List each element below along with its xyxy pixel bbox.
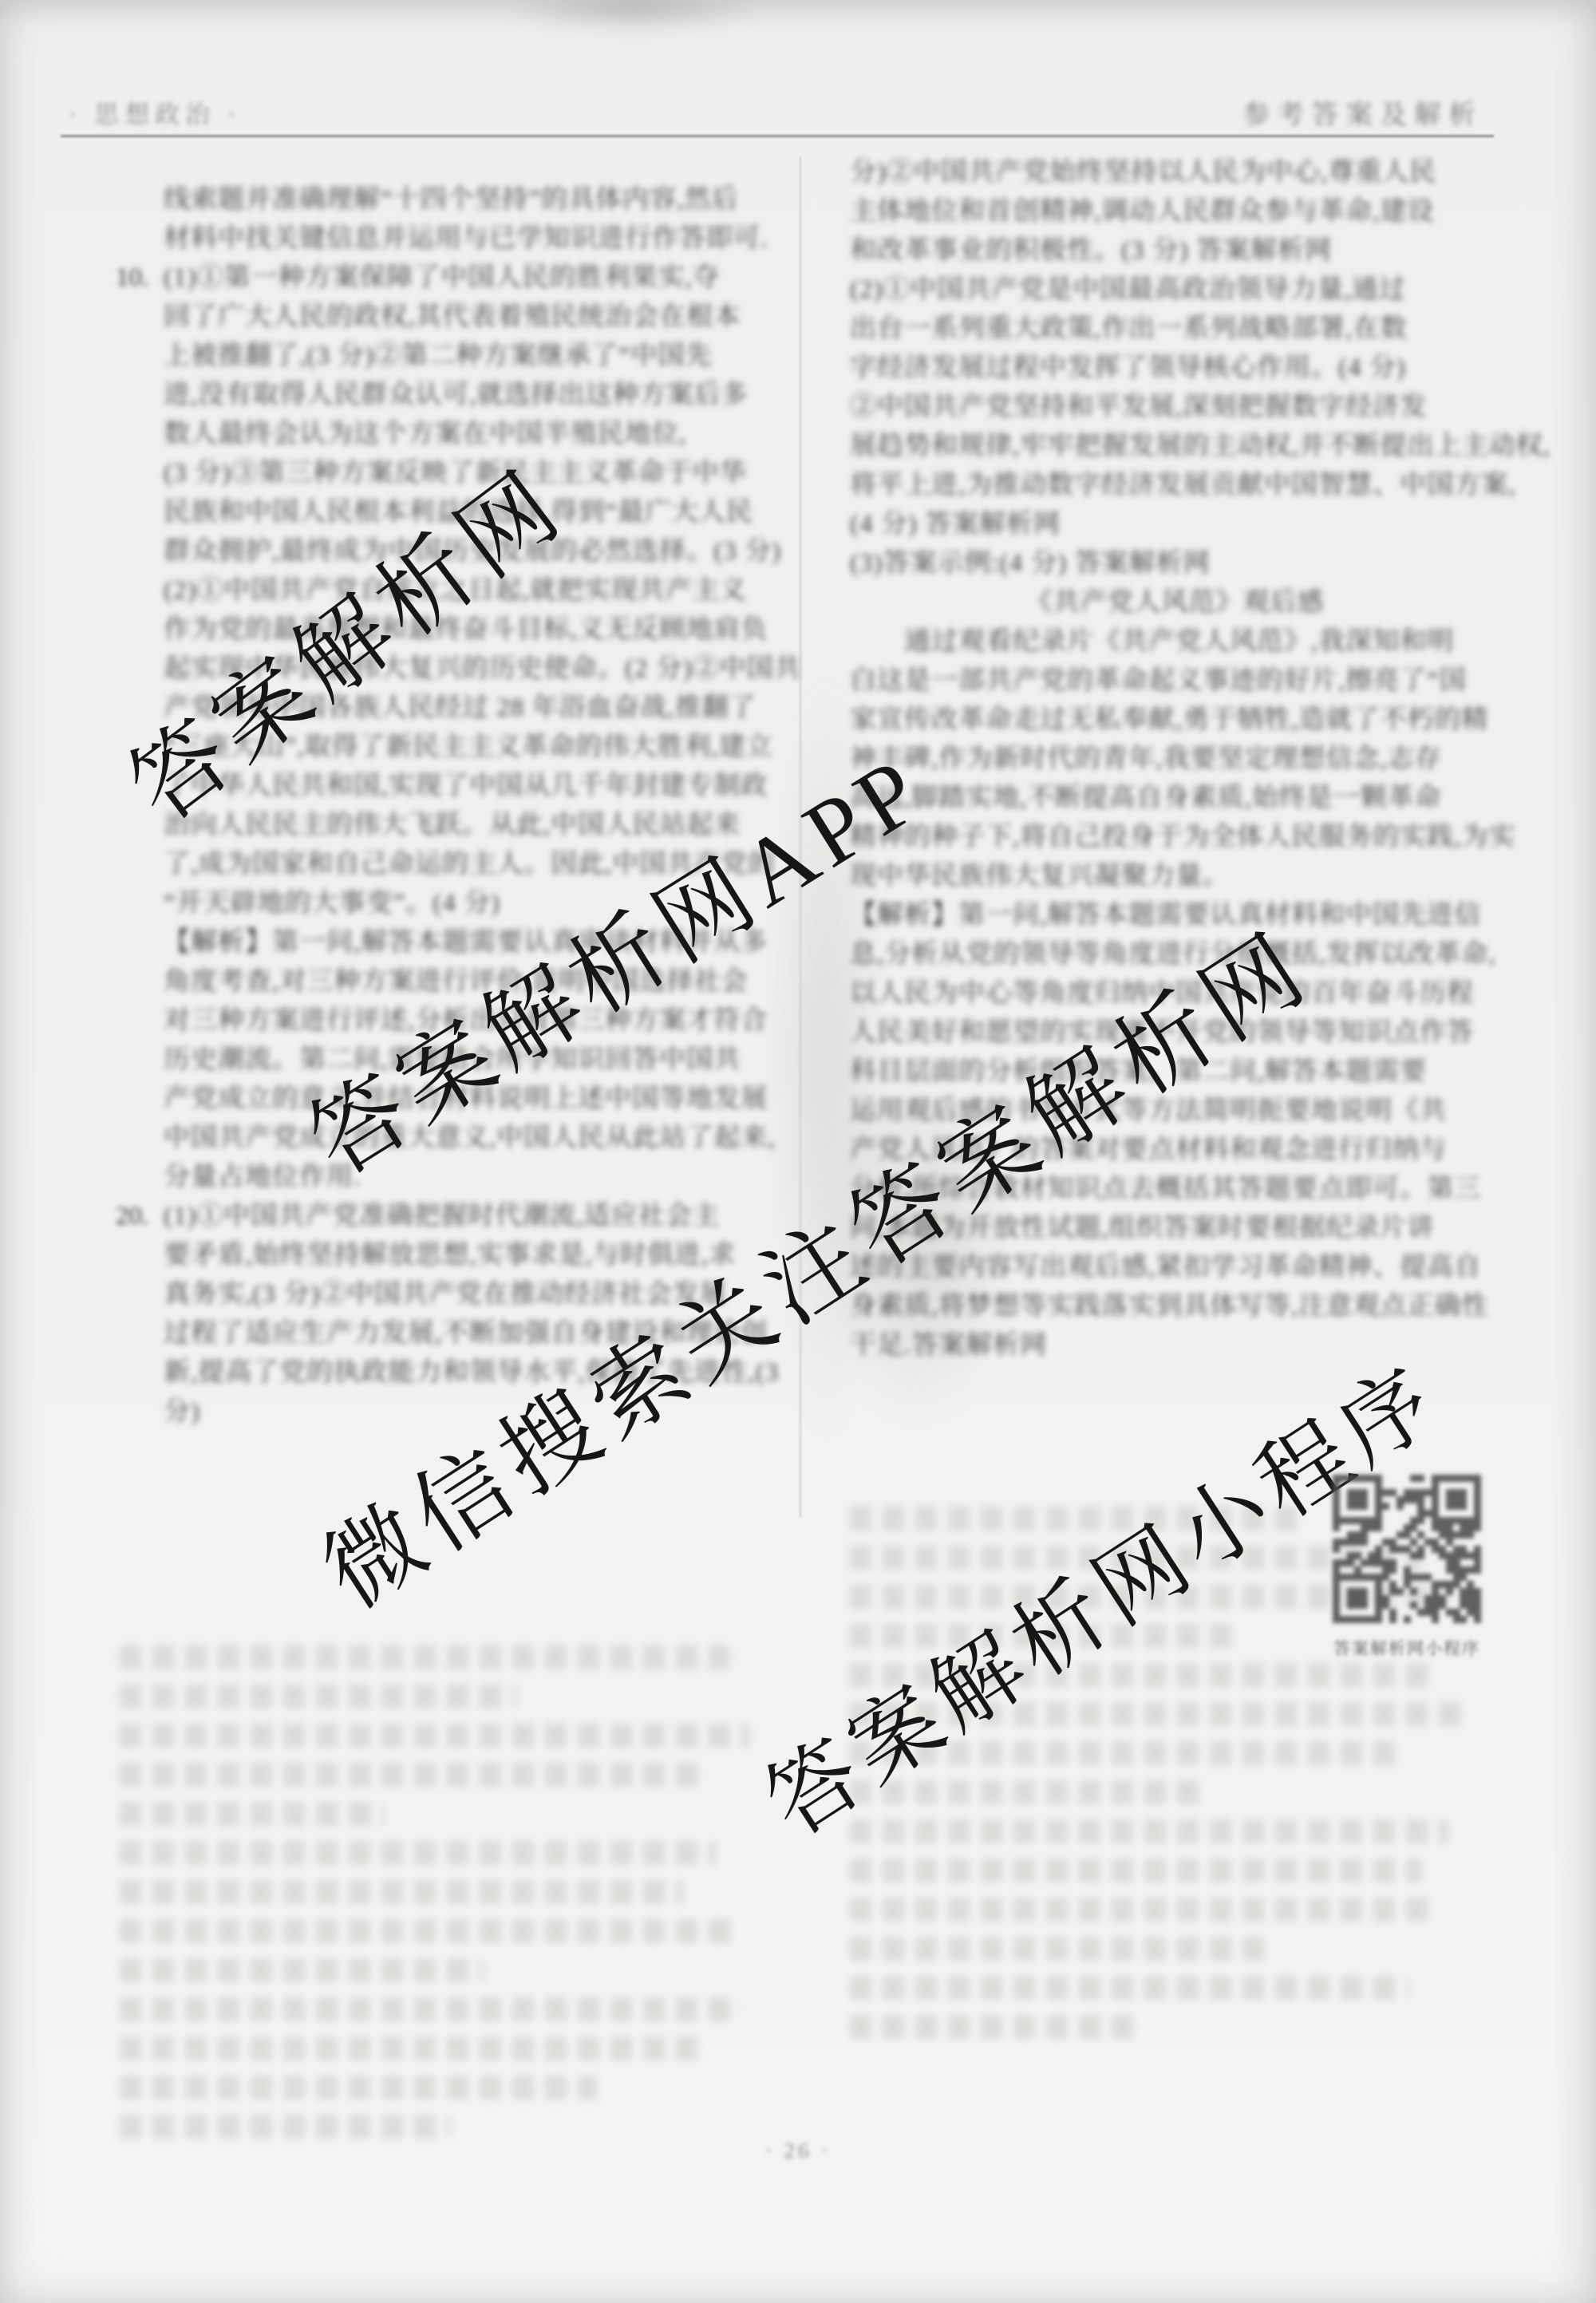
item-number: 10.	[116, 259, 148, 298]
qr-block: 答案解析网小程序	[1333, 1475, 1481, 1676]
text-line: 精神的种子下,将自己投身于为全体人民服务的实践,为实	[850, 818, 1500, 857]
text-line: 上被推翻了,(3 分)②第二种方案继承了“中国先	[164, 337, 778, 376]
ghost-text-line	[850, 1937, 1266, 1961]
ghost-text-line	[120, 1763, 702, 1787]
text-block: 线索题并准确理解“十四个坚持”的具体内容,然后材料中找关键信息并运用与已学知识进…	[164, 180, 778, 259]
ghost-text-line	[850, 2015, 1143, 2039]
scanned-answer-page: · 思想政治 · 参考答案及解析 线索题并准确理解“十四个坚持”的具体内容,然后…	[0, 0, 1596, 2303]
text-block: (2)①中国共产党是中国最高政治领导力量,通过出台一系列重大政策,作出一系列战略…	[850, 271, 1500, 544]
ghost-text-line	[850, 1898, 1436, 1922]
ghost-text-line	[850, 1976, 1409, 2000]
essay-title-line: 《共产党人风范》观后感	[850, 583, 1500, 622]
ghost-text-left	[120, 1645, 782, 2154]
text-line: 数人最终会认为这个方案在中国半殖民地位,	[164, 415, 778, 454]
ghost-text-line	[120, 1802, 385, 1826]
scan-smudge-top	[503, 0, 766, 34]
ghost-text-line	[120, 1958, 484, 1982]
text-line: 分量占地位作用.	[164, 1158, 778, 1197]
text-line: 字经济发展过程中发挥了领导核心作用。(4 分)	[850, 349, 1500, 388]
text-line: 分)②中国共产党始终坚持以人民为中心,尊重人民	[850, 153, 1500, 192]
text-line: 材料中找关键信息并运用与已学知识进行作答即可.	[164, 219, 778, 259]
ghost-text-line	[120, 1724, 749, 1748]
text-line: 通过观看纪录片《共产党人风范》,我深知和明	[850, 622, 1500, 662]
text-line: (4 分) 答案解析网	[850, 505, 1500, 544]
header-title: 参考答案及解析	[1242, 93, 1483, 132]
text-line: 出台一系列重大政策,作出一系列战略部署,在数	[850, 310, 1500, 349]
ghost-text-line	[120, 1645, 729, 1669]
ghost-text-line	[120, 2036, 702, 2060]
text-line: (1)①中国共产党准确把握时代潮流,适应社会主	[164, 1197, 778, 1236]
ghost-text-line	[850, 1819, 1448, 1843]
analysis-label: 【解析】	[850, 901, 958, 930]
text-line: 回了广大人民的政权,其代表着殖民统治会在根本	[164, 298, 778, 337]
text-line: 现中华民族伟大复兴凝聚力量。	[850, 857, 1500, 896]
text-line: 展趋势和规律,牢牢把握发展的主动权,并不断提出上主动权,	[850, 427, 1500, 466]
header-rule	[61, 135, 1494, 137]
ghost-text-line	[120, 1685, 517, 1708]
qr-code	[1333, 1475, 1481, 1631]
text-block: 通过观看纪录片《共产党人风范》,我深知和明白这是一部共产党的革命起义事迹的好片,…	[850, 622, 1500, 896]
text-line: (2)①中国共产党是中国最高政治领导力量,通过	[850, 271, 1500, 310]
text-line: 述的主要内容写出观后感,紧扣学习革命精神、提高自	[850, 1248, 1500, 1287]
ghost-text-line	[120, 2115, 451, 2139]
ghost-text-line	[120, 1997, 742, 2021]
text-line: 要矛盾,始终坚持解放思想,实事求是,与时俱进,求	[164, 1236, 778, 1275]
text-line: (1)①第一种方案保障了中国人民的胜利果实,夺	[164, 259, 778, 298]
item-number: 20.	[116, 1197, 148, 1236]
page-number: · 26 ·	[0, 2139, 1596, 2163]
analysis-label: 【解析】	[164, 928, 272, 957]
qr-caption: 答案解析网小程序	[1333, 1636, 1481, 1660]
text-line: (3)答案示例:(4 分) 答案解析网	[850, 544, 1500, 583]
text-line: 进,没有取得人民群众认可,就选择出这种方案后多	[164, 376, 778, 415]
text-line: ②中国共产党坚持和平发展,深刻把握数字经济发	[850, 388, 1500, 427]
text-line: 身素质,将梦想等实践落实到具体写等,注意观点正确性	[850, 1287, 1500, 1326]
ghost-text-line	[120, 1919, 736, 1943]
text-line: 白这是一部共产党的革命起义事迹的好片,擦亮了“国	[850, 662, 1500, 701]
text-line: 【解析】第一问,解答本题需要认真材料和中国先进信	[850, 896, 1500, 935]
text-line: 主体地位和首创精神,调动人民群众参与革命,建设	[850, 192, 1500, 231]
text-line: 和改革事业的积极性。(3 分) 答案解析网	[850, 231, 1500, 271]
text-line: 将平上进,为推动数字经济发展贡献中国智慧、中国方案,	[850, 466, 1500, 505]
text-line: 家宣传改革命走过无私奉献,勇于牺牲,造就了不朽的精	[850, 701, 1500, 740]
text-block: 分)②中国共产党始终坚持以人民为中心,尊重人民主体地位和首创精神,调动人民群众参…	[850, 153, 1500, 271]
text-line: 息,分析从党的领导等角度进行分组概括,发挥以改革命,	[850, 935, 1500, 974]
text-line: 中国共产党成立的重大意义,中国人民从此站了起来,	[164, 1119, 778, 1158]
ghost-text-line	[120, 1880, 683, 1904]
header-subject: · 思想政治 ·	[69, 94, 241, 130]
ghost-text-line	[120, 1841, 716, 1865]
text-line: 线索题并准确理解“十四个坚持”的具体内容,然后	[164, 180, 778, 219]
text-line: 高远,脚踏实地,不断提高自身素质,始终是一颗革命	[850, 779, 1500, 818]
text-line: 治向人民民主的伟大飞跃。从此,中国人民站起来	[164, 806, 778, 845]
text-block: (3)答案示例:(4 分) 答案解析网	[850, 544, 1500, 583]
ghost-text-line	[850, 1859, 1422, 1882]
left-column: 线索题并准确理解“十四个坚持”的具体内容,然后材料中找关键信息并运用与已学知识进…	[164, 180, 778, 1432]
ghost-text-line	[120, 2076, 597, 2100]
text-line: 神丰碑,作为新时代的青年,我要坚定理想信念,志存	[850, 740, 1500, 779]
text-block: 《共产党人风范》观后感	[850, 583, 1500, 622]
